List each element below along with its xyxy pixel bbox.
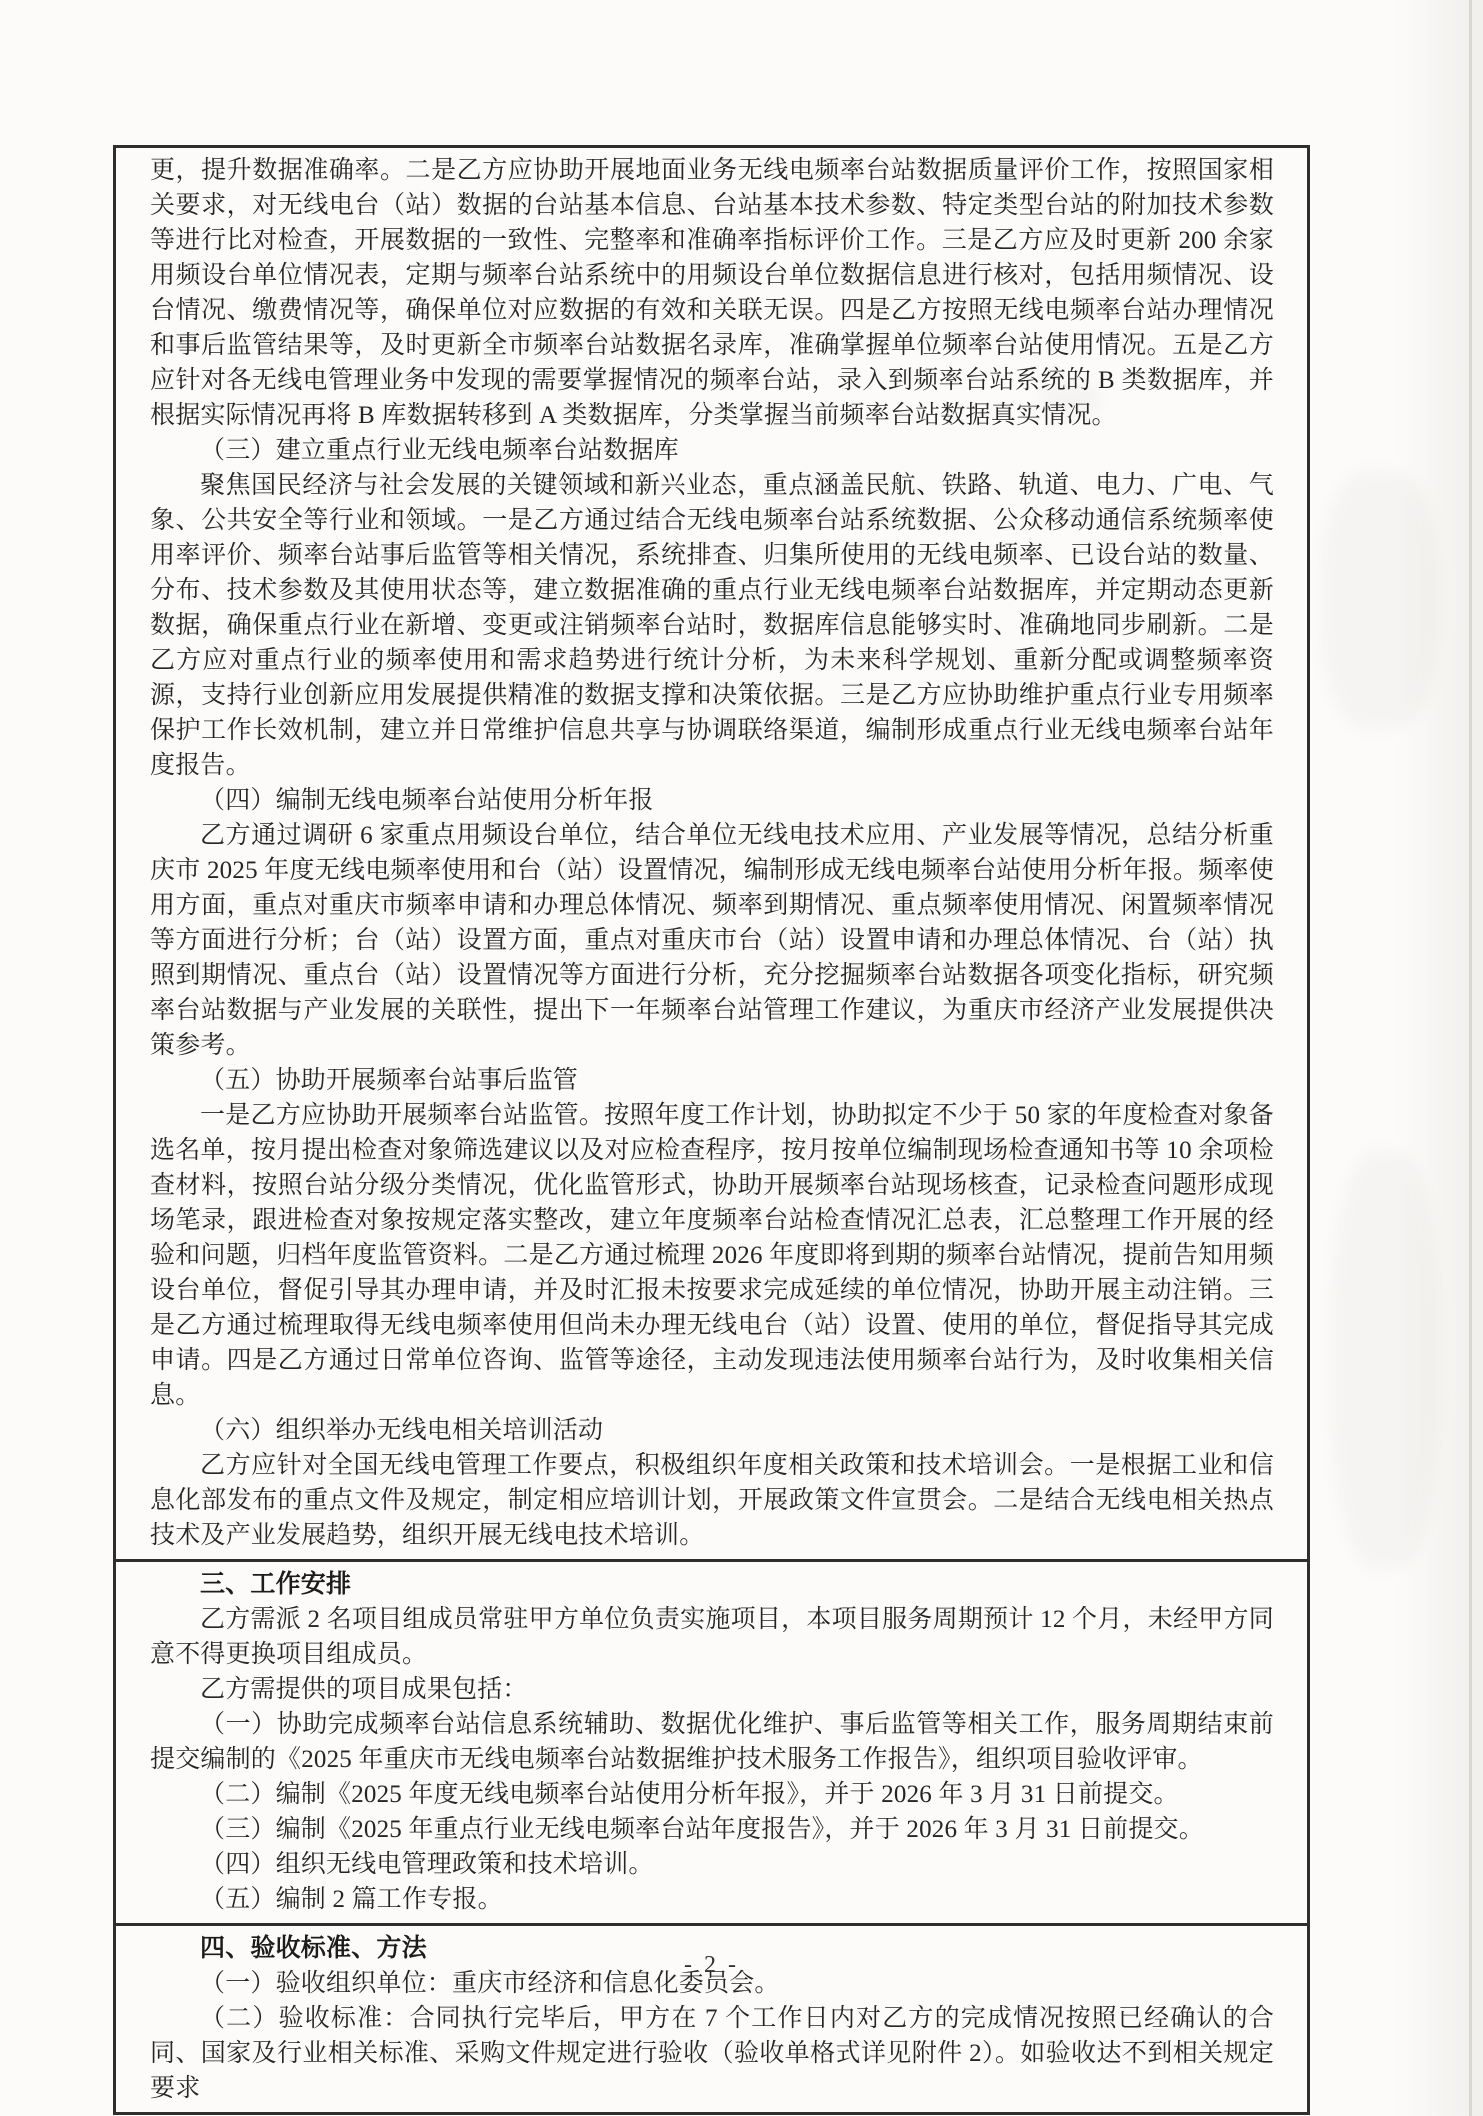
- page-number: - 2 -: [113, 1952, 1310, 1979]
- scan-bleed-smudge: [1320, 470, 1440, 730]
- contract-content-table: 更，提升数据准确率。二是乙方应协助开展地面业务无线电频率台站数据质量评价工作，按…: [113, 145, 1310, 2115]
- list-item: （五）编制 2 篇工作专报。: [150, 1882, 1274, 1917]
- table-cell-work-content: 更，提升数据准确率。二是乙方应协助开展地面业务无线电频率台站数据质量评价工作，按…: [116, 148, 1307, 1559]
- scan-bleed-smudge: [1330, 1150, 1440, 1570]
- list-item: （一）协助完成频率台站信息系统辅助、数据优化维护、事后监管等相关工作，服务周期结…: [150, 1707, 1274, 1777]
- paragraph: 乙方需提供的项目成果包括：: [150, 1672, 1274, 1707]
- scan-page-edge-line: [1469, 0, 1472, 2116]
- list-item: （二）编制《2025 年度无线电频率台站使用分析年报》，并于 2026 年 3 …: [150, 1777, 1274, 1812]
- section-heading-work-plan: 三、工作安排: [150, 1567, 1274, 1602]
- paragraph: 乙方应针对全国无线电管理工作要点，积极组织年度相关政策和技术培训会。一是根据工业…: [150, 1448, 1274, 1553]
- paragraph: 乙方需派 2 名项目组成员常驻甲方单位负责实施项目，本项目服务周期预计 12 个…: [150, 1602, 1274, 1672]
- list-item: （三）编制《2025 年重点行业无线电频率台站年度报告》，并于 2026 年 3…: [150, 1812, 1274, 1847]
- scanned-document-page: 更，提升数据准确率。二是乙方应协助开展地面业务无线电频率台站数据质量评价工作，按…: [0, 0, 1483, 2116]
- paragraph: 一是乙方应协助开展频率台站监管。按照年度工作计划，协助拟定不少于 50 家的年度…: [150, 1098, 1274, 1413]
- subsection-heading-4: （四）编制无线电频率台站使用分析年报: [150, 783, 1274, 818]
- list-item: （四）组织无线电管理政策和技术培训。: [150, 1847, 1274, 1882]
- list-item: （二）验收标准：合同执行完毕后，甲方在 7 个工作日内对乙方的完成情况按照已经确…: [150, 2001, 1274, 2106]
- table-cell-work-plan: 三、工作安排 乙方需派 2 名项目组成员常驻甲方单位负责实施项目，本项目服务周期…: [116, 1559, 1307, 1923]
- paragraph: 乙方通过调研 6 家重点用频设台单位，结合单位无线电技术应用、产业发展等情况，总…: [150, 818, 1274, 1063]
- paragraph-continuation: 更，提升数据准确率。二是乙方应协助开展地面业务无线电频率台站数据质量评价工作，按…: [150, 153, 1274, 433]
- paragraph: 聚焦国民经济与社会发展的关键领域和新兴业态，重点涵盖民航、铁路、轨道、电力、广电…: [150, 468, 1274, 783]
- subsection-heading-5: （五）协助开展频率台站事后监管: [150, 1063, 1274, 1098]
- subsection-heading-6: （六）组织举办无线电相关培训活动: [150, 1413, 1274, 1448]
- subsection-heading-3: （三）建立重点行业无线电频率台站数据库: [150, 433, 1274, 468]
